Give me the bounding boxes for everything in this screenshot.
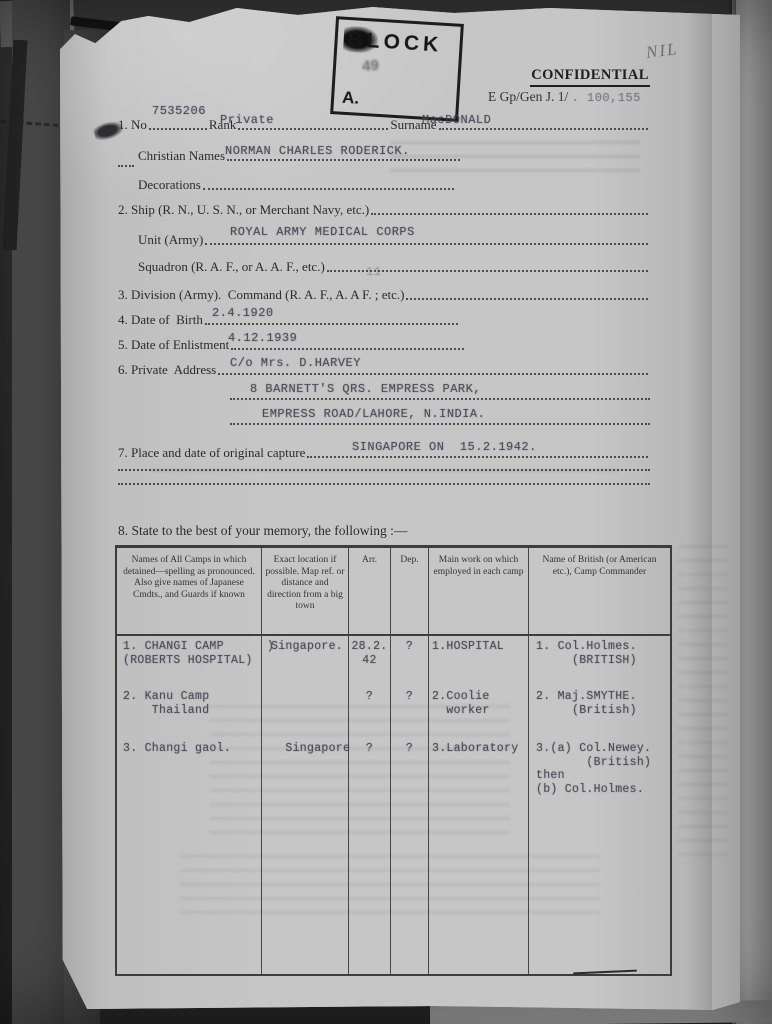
table-cell-entry: Singapore. — [262, 640, 348, 654]
table-cell-entry: ? — [391, 690, 428, 704]
dot-leader — [230, 421, 650, 425]
table-cell-line: ? — [349, 690, 390, 704]
table-cell-line: (b) Col.Holmes. — [529, 783, 670, 797]
unit-value: ROYAL ARMY MEDICAL CORPS — [230, 225, 415, 239]
dot-leader — [371, 203, 648, 215]
dot-leader — [406, 288, 648, 300]
camps-table-header: Names of All Camps in which detained—spe… — [117, 548, 670, 636]
table-cell-entry: 2. Maj.SMYTHE. (British) — [529, 690, 670, 717]
table-cell-line: 1. Col.Holmes. — [529, 640, 670, 654]
table-header-cell: Arr. — [349, 548, 391, 634]
christian-names-label: Christian Names — [138, 148, 225, 163]
table-cell-line: 2. Maj.SMYTHE. — [529, 690, 670, 704]
rank-value: Private — [220, 113, 274, 127]
reference-number: . 100,155 — [572, 91, 641, 105]
decorations-label: Decorations — [138, 177, 201, 192]
birth-value: 2.4.1920 — [212, 306, 274, 320]
division-label: 3. Division (Army). Command (R. A. F., A… — [118, 287, 404, 302]
bleed-through — [180, 855, 600, 925]
table-cell-line: (British) — [529, 704, 670, 718]
field-row-no-rank-surname: 1. No Rank Surname — [118, 117, 650, 132]
reference-prefix: E Gp/Gen J. 1/ — [488, 89, 568, 104]
christian-names-value: NORMAN CHARLES RODERICK. — [225, 144, 410, 158]
table-cell-entry: ? — [349, 690, 390, 704]
table-cell-line: 28.2. — [349, 640, 390, 654]
table-cell-entry: 1.HOSPITAL — [429, 640, 528, 654]
enlistment-value: 4.12.1939 — [228, 331, 297, 345]
capture-label: 7. Place and date of original capture — [118, 445, 305, 460]
address-value-3: EMPRESS ROAD/LAHORE, N.INDIA. — [262, 407, 485, 421]
pow-questionnaire-page: BLOCK 49 A. NIL CONFIDENTIAL E Gp/Gen J.… — [60, 5, 740, 1010]
table-cell-line: ? — [391, 690, 428, 704]
confidential-label: CONFIDENTIAL — [530, 67, 650, 87]
table-cell-line: (British) — [529, 756, 670, 770]
table-cell-entry: 3.(a) Col.Newey. (British)then(b) Col.Ho… — [529, 742, 670, 796]
table-cell-line: (ROBERTS HOSPITAL) — [117, 654, 261, 668]
table-cell-line: 2.Coolie — [429, 690, 528, 704]
table-cell-line: then — [529, 769, 670, 783]
reference-line: E Gp/Gen J. 1/ . 100,155 — [488, 89, 641, 105]
address-label: 6. Private Address — [118, 362, 216, 377]
table-header-cell: Exact location if possible. Map ref. or … — [262, 548, 349, 634]
table-cell-line: 3.(a) Col.Newey. — [529, 742, 670, 756]
dot-leader — [230, 396, 650, 400]
memory-heading: 8. State to the best of your memory, the… — [118, 523, 407, 538]
field-row-decorations: Decorations — [138, 177, 456, 192]
field-row-address: 6. Private Address — [118, 362, 650, 377]
table-header-cell: Name of British (or American etc.), Camp… — [529, 548, 670, 634]
stray-dots — [118, 163, 134, 167]
table-cell-entry: 28.2.42 — [349, 640, 390, 667]
table-cell-entry: 1. Col.Holmes. (BRITISH) — [529, 640, 670, 667]
unit-label: Unit (Army) — [138, 232, 203, 247]
capture-value: SINGAPORE ON 15.2.1942. — [352, 440, 537, 454]
table-cell-line: Singapore. — [262, 640, 348, 654]
table-cell-entry: 1. CHANGI CAMP )(ROBERTS HOSPITAL) — [117, 640, 261, 667]
stamp-letter: A. — [342, 88, 360, 109]
bleed-through — [678, 545, 728, 865]
enlistment-label: 5. Date of Enlistment — [118, 337, 229, 352]
field-row-birth: 4. Date of Birth — [118, 312, 460, 327]
bleed-through — [210, 705, 510, 835]
handwritten-nil: NIL — [645, 39, 680, 63]
dot-leader — [203, 178, 454, 190]
stamp-smudge: 49 — [362, 57, 380, 75]
block-stamp: BLOCK 49 A. — [330, 16, 464, 122]
squadron-mark: 11 — [366, 265, 381, 279]
dot-leader — [149, 118, 207, 130]
field-row-ship: 2. Ship (R. N., U. S. N., or Merchant Na… — [118, 202, 650, 217]
field-row-division: 3. Division (Army). Command (R. A. F., A… — [118, 287, 650, 302]
table-cell-line: 1. CHANGI CAMP ) — [117, 640, 261, 654]
service-number: 7535206 — [152, 104, 206, 118]
table-header-cell: Main work on which employed in each camp — [429, 548, 529, 634]
table-cell-line: (BRITISH) — [529, 654, 670, 668]
table-header-cell: Names of All Camps in which detained—spe… — [117, 548, 262, 634]
table-header-cell: Dep. — [391, 548, 429, 634]
table-cell-line: 42 — [349, 654, 390, 668]
no-label: 1. No — [118, 117, 147, 132]
table-cell-line: 1.HOSPITAL — [429, 640, 528, 654]
ship-label: 2. Ship (R. N., U. S. N., or Merchant Na… — [118, 202, 369, 217]
field-row-squadron: Squadron (R. A. F., or A. A. F., etc.) — [138, 259, 650, 274]
table-cell-line: ? — [391, 640, 428, 654]
squadron-label: Squadron (R. A. F., or A. A. F., etc.) — [138, 259, 325, 274]
address-value-2: 8 BARNETT'S QRS. EMPRESS PARK, — [250, 382, 481, 396]
stamp-word: BLOCK — [347, 28, 443, 58]
address-value-1: C/o Mrs. D.HARVEY — [230, 356, 361, 370]
table-cell-entry: ? — [391, 640, 428, 654]
surname-value: MacDONALD — [422, 113, 491, 127]
birth-label: 4. Date of Birth — [118, 312, 203, 327]
bleed-through — [150, 469, 620, 483]
bleed-through — [390, 141, 640, 173]
table-cell-line: 2. Kanu Camp — [117, 690, 261, 704]
